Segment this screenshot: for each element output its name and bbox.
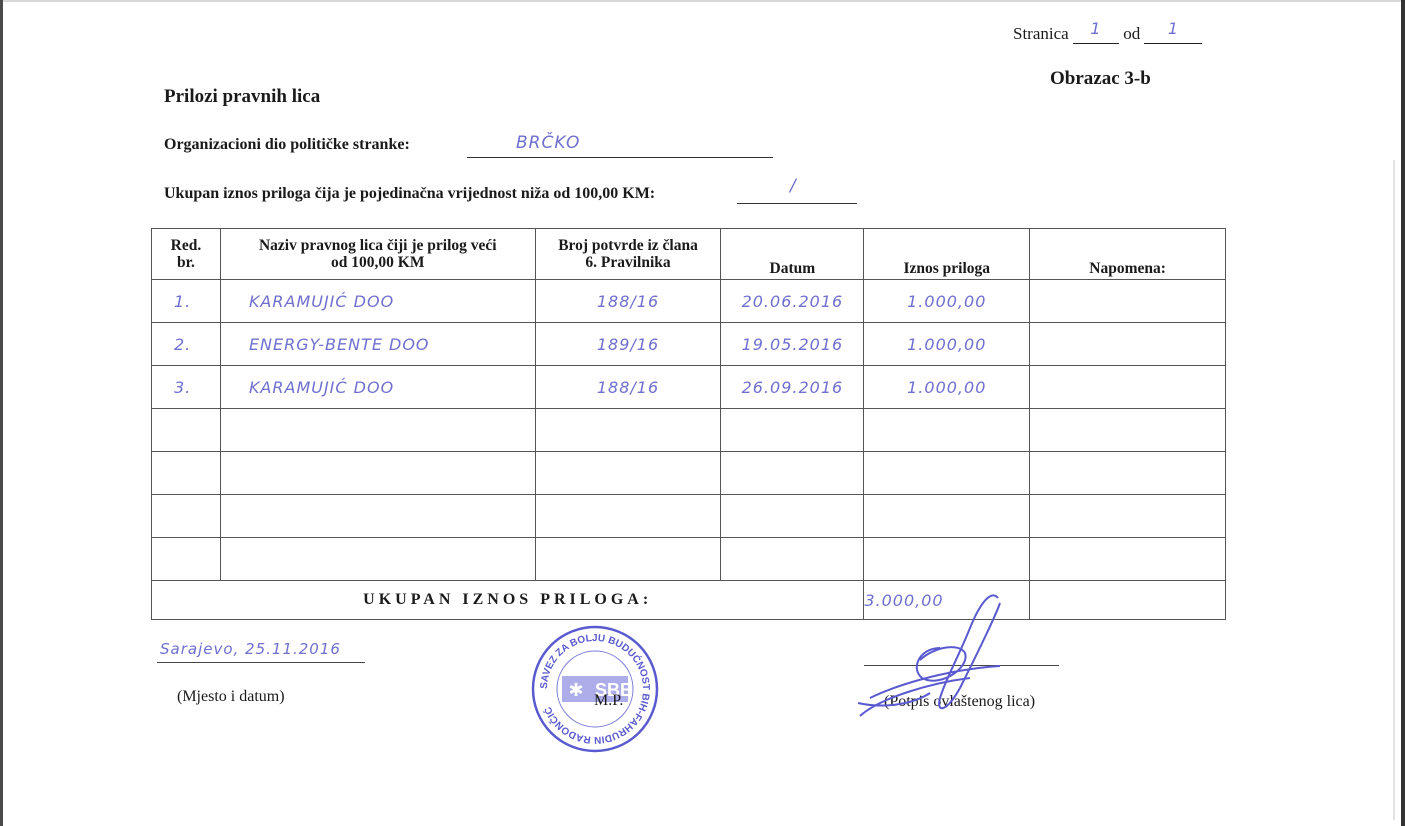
table-row — [152, 495, 1226, 538]
cell-note — [1030, 280, 1226, 323]
cell-row-number: 2. — [152, 323, 221, 366]
official-stamp-icon: SAVEZ ZA BOLJU BUDUĆNOST BIH-FAHRUDIN RA… — [530, 624, 660, 754]
place-date-line — [157, 662, 365, 663]
page-total-field: 1 — [1144, 25, 1202, 44]
page-current-value: 1 — [1073, 19, 1119, 38]
cell-entity-name — [220, 409, 535, 452]
place-date-value: Sarajevo, 25.11.2016 — [160, 640, 341, 658]
cell-confirmation-number — [535, 409, 721, 452]
total-note — [1030, 581, 1226, 620]
cell-amount — [864, 538, 1030, 581]
org-unit-label: Organizacioni dio političke stranke: — [164, 136, 410, 154]
cell-date — [721, 538, 864, 581]
cell-row-number — [152, 452, 221, 495]
cell-entity-name — [220, 495, 535, 538]
cell-row-number — [152, 495, 221, 538]
small-contributions-label: Ukupan iznos priloga čija je pojedinačna… — [164, 185, 655, 203]
header-confirmation-number: Broj potvrde iz člana6. Pravilnika — [535, 229, 721, 280]
cell-entity-name: KARAMUJIĆ DOO — [220, 280, 535, 323]
small-contributions-value: / — [790, 176, 797, 196]
cell-row-number — [152, 538, 221, 581]
cell-amount: 1.000,00 — [864, 366, 1030, 409]
form-code: Obrazac 3-b — [1050, 68, 1151, 90]
page-total-value: 1 — [1144, 19, 1202, 38]
cell-entity-name — [220, 538, 535, 581]
cell-date — [721, 452, 864, 495]
cell-confirmation-number: 188/16 — [535, 366, 721, 409]
total-label: UKUPAN IZNOS PRILOGA: — [152, 581, 864, 620]
header-entity-name: Naziv pravnog lica čiji je prilog većiod… — [220, 229, 535, 280]
contributions-table: Red.br. Naziv pravnog lica čiji je prilo… — [151, 228, 1226, 620]
cell-amount — [864, 409, 1030, 452]
cell-date: 20.06.2016 — [721, 280, 864, 323]
table-total-row: UKUPAN IZNOS PRILOGA: 3.000,00 — [152, 581, 1226, 620]
page-title: Prilozi pravnih lica — [164, 86, 320, 108]
cell-note — [1030, 495, 1226, 538]
stamp-caption: M.P. — [594, 692, 623, 710]
scan-edge-top — [0, 0, 1405, 2]
page-of-label: od — [1123, 24, 1140, 43]
cell-confirmation-number — [535, 452, 721, 495]
cell-row-number: 1. — [152, 280, 221, 323]
table-row: 3.KARAMUJIĆ DOO188/1626.09.20161.000,00 — [152, 366, 1226, 409]
handwritten-signature-icon — [850, 588, 1010, 728]
org-unit-line — [467, 157, 773, 158]
table-row — [152, 409, 1226, 452]
cell-date: 19.05.2016 — [721, 323, 864, 366]
scan-edge-left — [0, 0, 3, 826]
cell-date — [721, 409, 864, 452]
table-row: 1.KARAMUJIĆ DOO188/1620.06.20161.000,00 — [152, 280, 1226, 323]
cell-confirmation-number: 188/16 — [535, 280, 721, 323]
small-contributions-line — [737, 203, 857, 204]
cell-amount: 1.000,00 — [864, 323, 1030, 366]
cell-date — [721, 495, 864, 538]
cell-amount: 1.000,00 — [864, 280, 1030, 323]
scan-edge-right — [1401, 0, 1405, 826]
cell-row-number — [152, 409, 221, 452]
table-row — [152, 538, 1226, 581]
page-current-field: 1 — [1073, 25, 1119, 44]
page-number: Stranica 1 od 1 — [1013, 24, 1202, 44]
cell-confirmation-number — [535, 538, 721, 581]
header-amount: Iznos priloga — [864, 229, 1030, 280]
cell-note — [1030, 409, 1226, 452]
cell-amount — [864, 495, 1030, 538]
cell-date: 26.09.2016 — [721, 366, 864, 409]
page-label: Stranica — [1013, 24, 1069, 43]
place-date-caption: (Mjesto i datum) — [177, 688, 285, 706]
org-unit-value: BRČKO — [516, 133, 580, 153]
svg-text:✱: ✱ — [568, 680, 583, 701]
table-row: 2.ENERGY-BENTE DOO189/1619.05.20161.000,… — [152, 323, 1226, 366]
cell-row-number: 3. — [152, 366, 221, 409]
header-date: Datum — [721, 229, 864, 280]
cell-entity-name: KARAMUJIĆ DOO — [220, 366, 535, 409]
header-note: Napomena: — [1030, 229, 1226, 280]
cell-note — [1030, 366, 1226, 409]
cell-confirmation-number: 189/16 — [535, 323, 721, 366]
header-row-number: Red.br. — [152, 229, 221, 280]
cell-confirmation-number — [535, 495, 721, 538]
cell-amount — [864, 452, 1030, 495]
table-header-row: Red.br. Naziv pravnog lica čiji je prilo… — [152, 229, 1226, 280]
cell-note — [1030, 538, 1226, 581]
cell-entity-name — [220, 452, 535, 495]
cell-note — [1030, 323, 1226, 366]
scan-shadow-right — [1393, 160, 1395, 820]
cell-entity-name: ENERGY-BENTE DOO — [220, 323, 535, 366]
cell-note — [1030, 452, 1226, 495]
table-row — [152, 452, 1226, 495]
